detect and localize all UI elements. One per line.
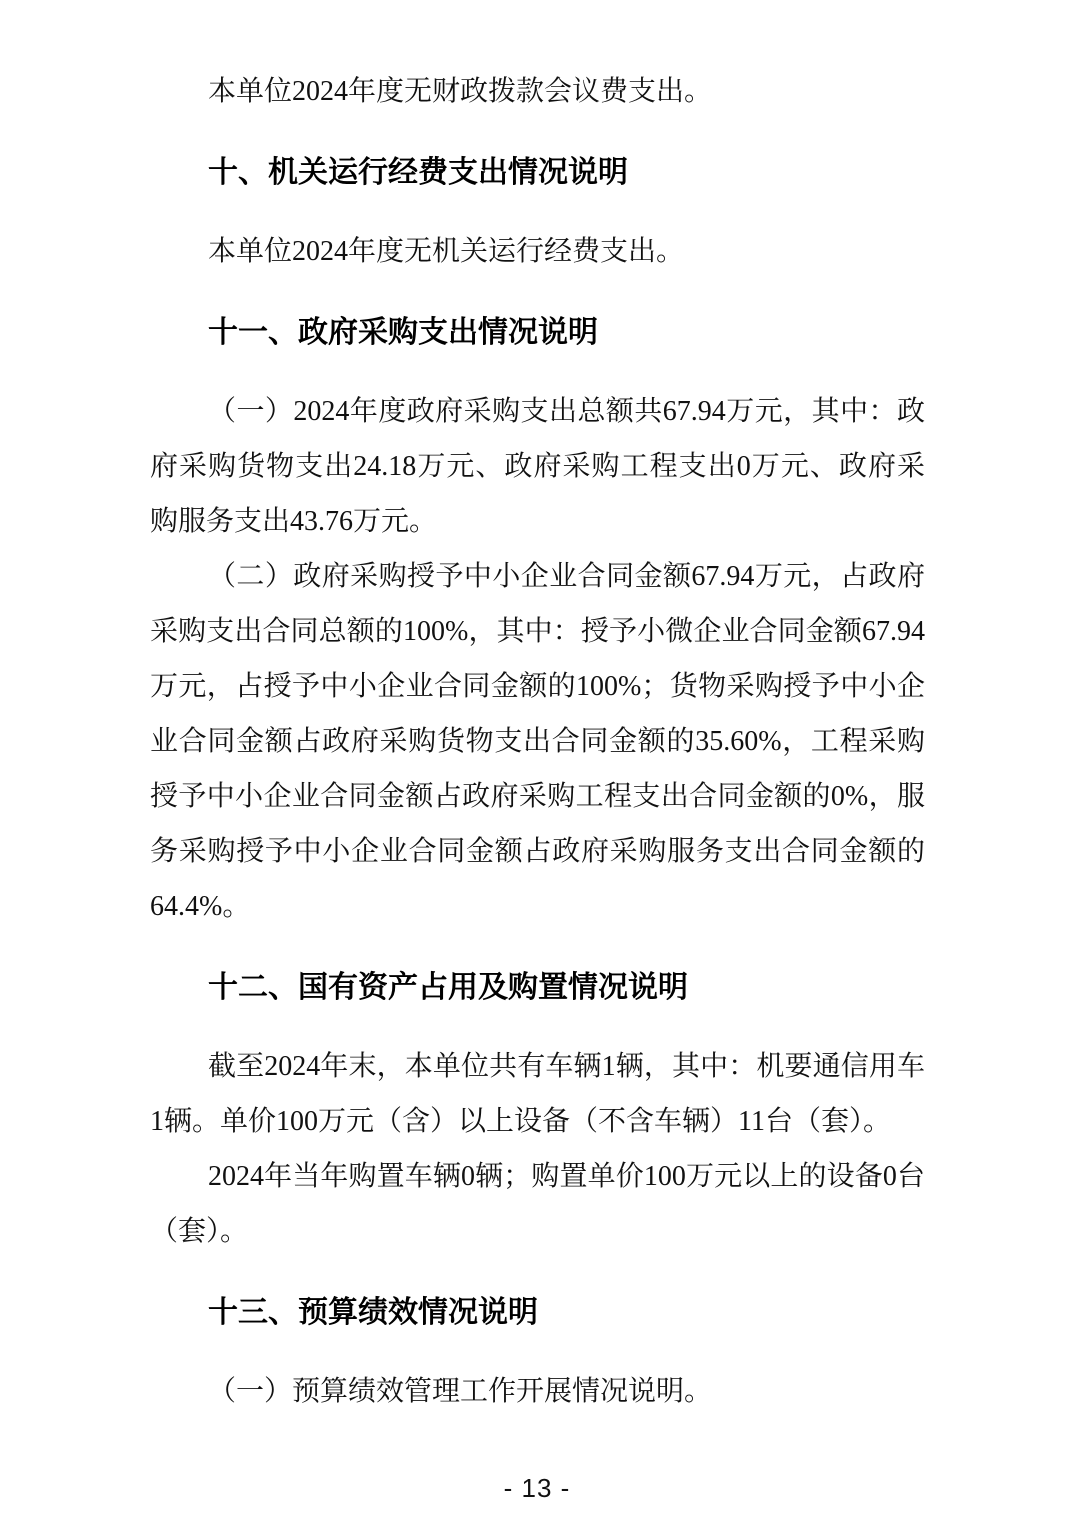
paragraph-procurement-sme-contracts: （二）政府采购授予中小企业合同金额67.94万元，占政府采购支出合同总额的100… bbox=[150, 549, 925, 934]
paragraph-assets-purchases-2024: 2024年当年购置车辆0辆；购置单价100万元以上的设备0台（套）。 bbox=[150, 1149, 925, 1259]
section-heading-12-state-assets: 十二、国有资产占用及购置情况说明 bbox=[150, 960, 925, 1015]
section-heading-11-government-procurement: 十一、政府采购支出情况说明 bbox=[150, 305, 925, 360]
document-page: 本单位2024年度无财政拨款会议费支出。 十、机关运行经费支出情况说明 本单位2… bbox=[0, 0, 1074, 1520]
paragraph-no-operating-expense: 本单位2024年度无机关运行经费支出。 bbox=[150, 224, 925, 279]
section-heading-13-budget-performance: 十三、预算绩效情况说明 bbox=[150, 1285, 925, 1340]
paragraph-performance-management: （一）预算绩效管理工作开展情况说明。 bbox=[150, 1364, 925, 1419]
page-number: - 13 - bbox=[0, 1473, 1074, 1504]
paragraph-procurement-total: （一）2024年度政府采购支出总额共67.94万元，其中：政府采购货物支出24.… bbox=[150, 384, 925, 549]
section-heading-10-operating-expense: 十、机关运行经费支出情况说明 bbox=[150, 145, 925, 200]
paragraph-no-conference-expense: 本单位2024年度无财政拨款会议费支出。 bbox=[150, 64, 925, 119]
paragraph-assets-vehicles-equipment: 截至2024年末，本单位共有车辆1辆，其中：机要通信用车1辆。单价100万元（含… bbox=[150, 1039, 925, 1149]
